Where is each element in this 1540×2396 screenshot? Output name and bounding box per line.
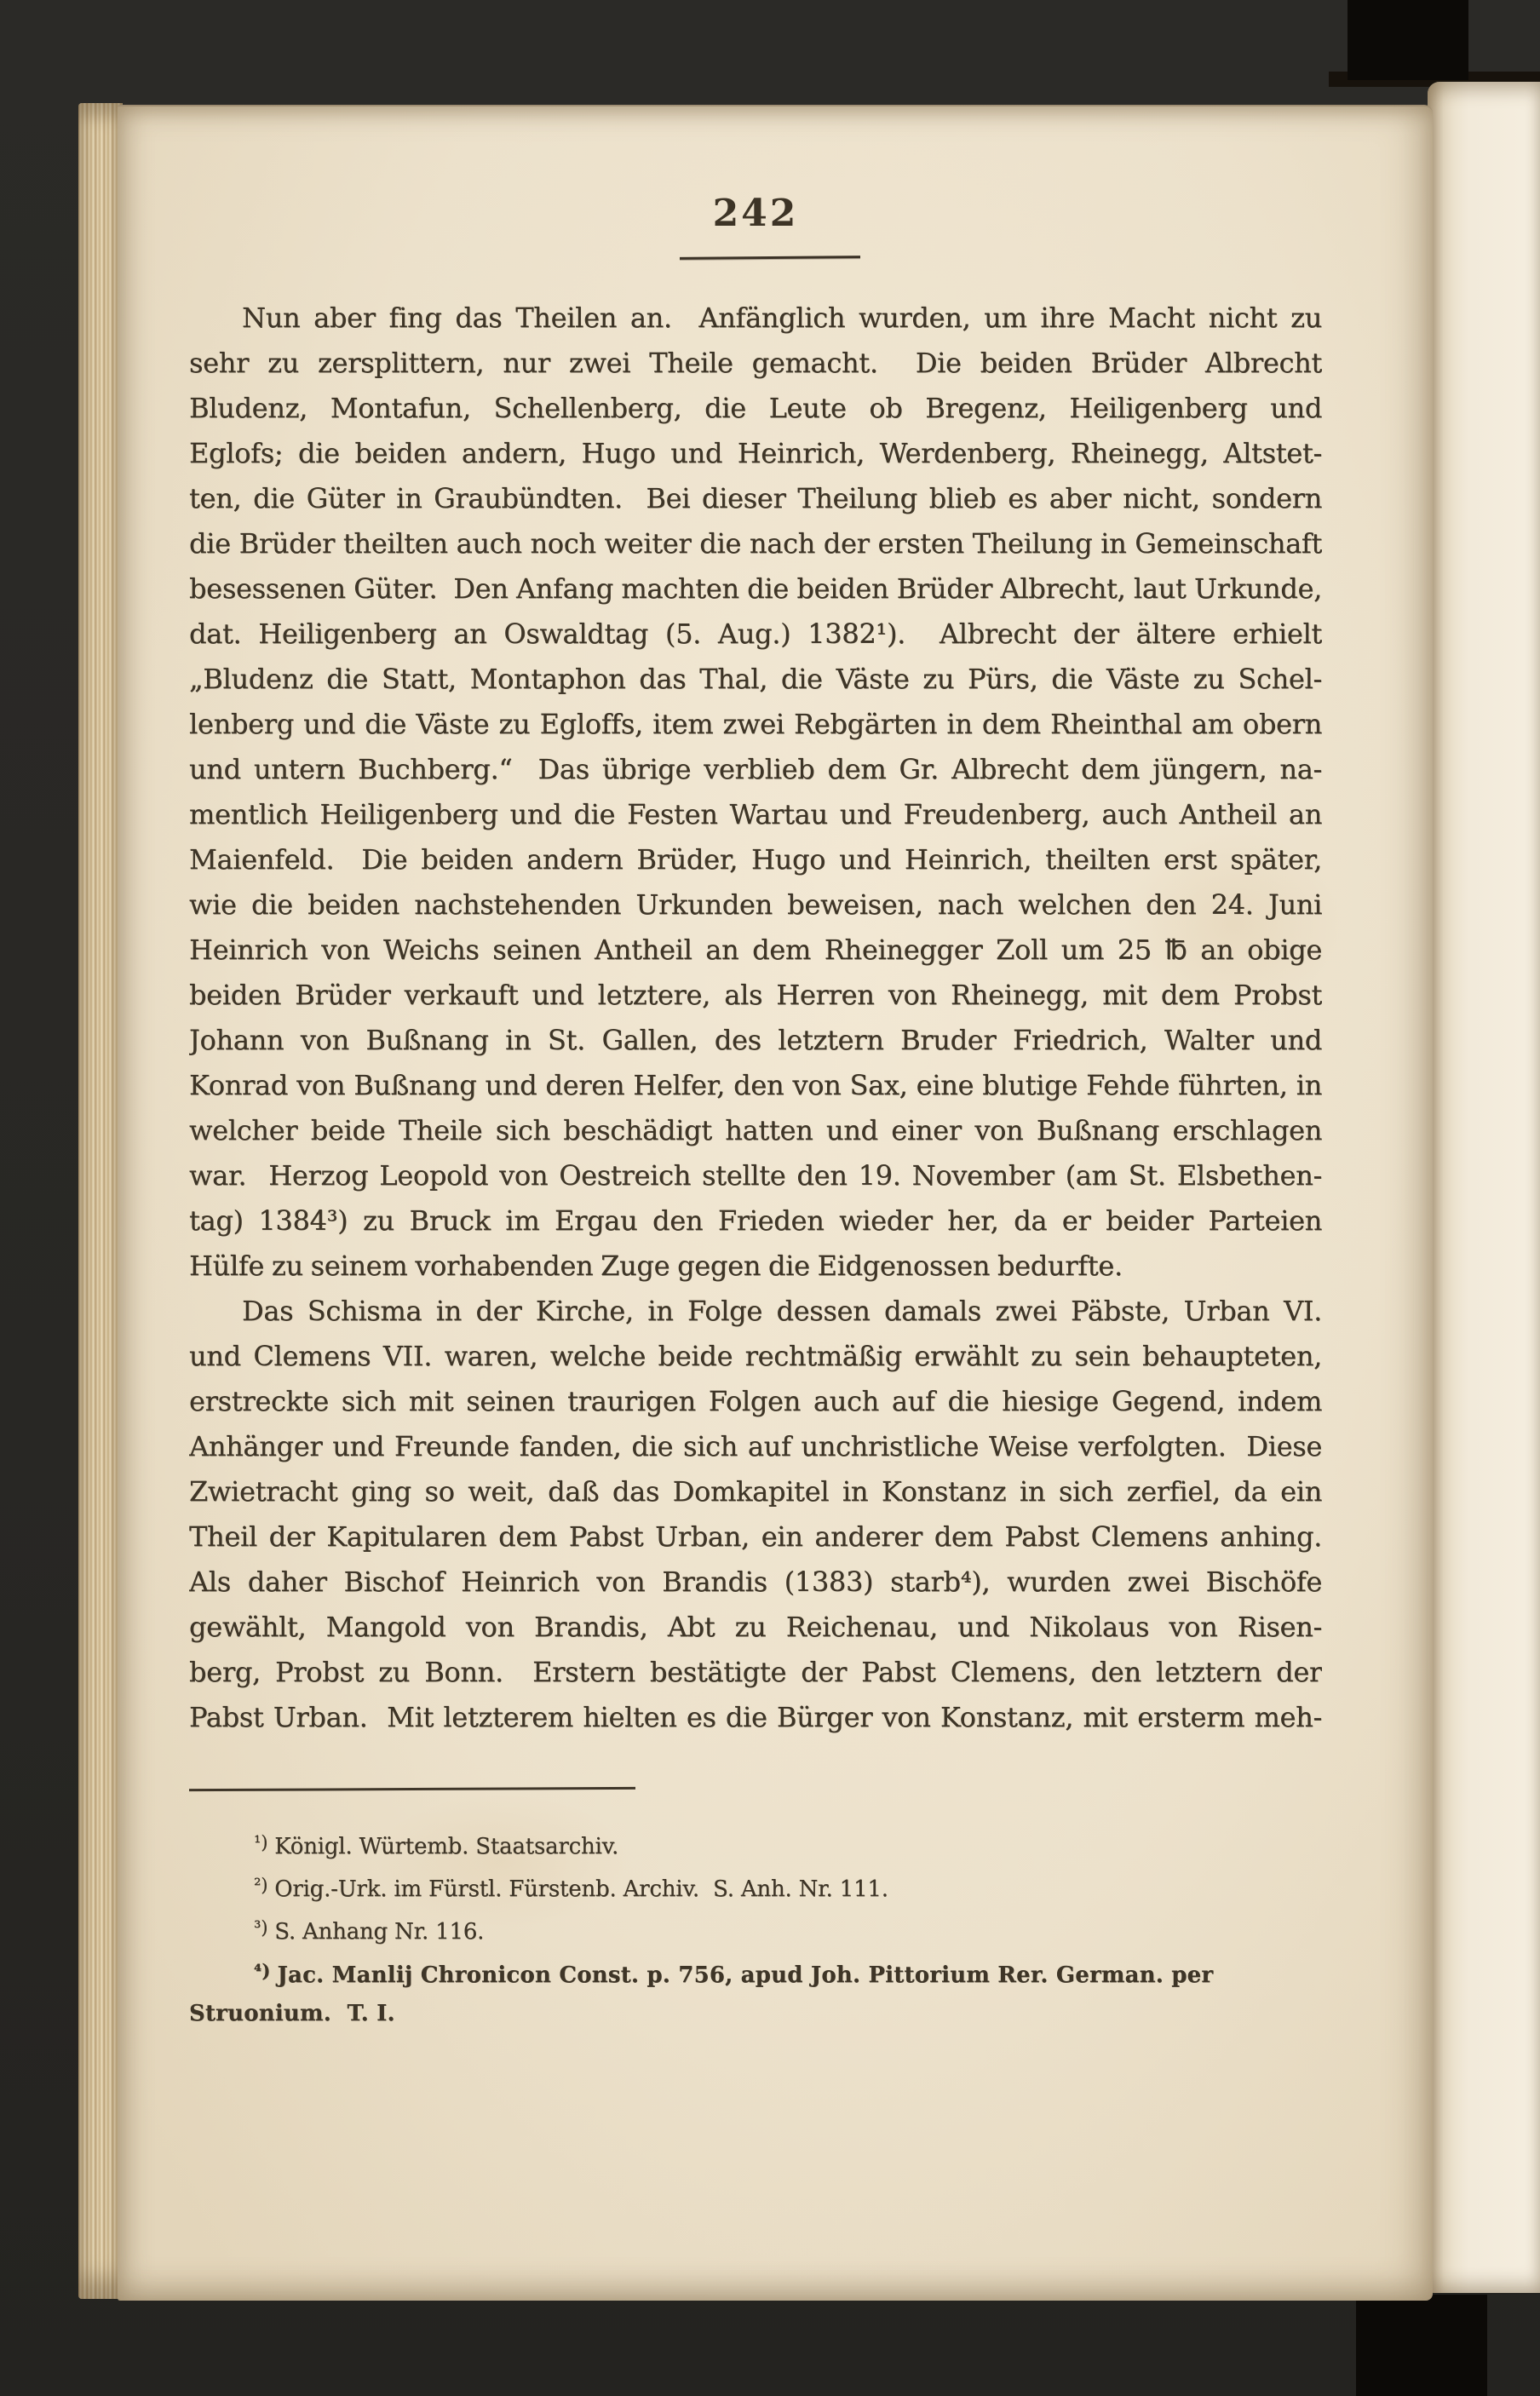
body-text: Nun aber fing das Theilen an. Anfänglich… [189, 296, 1322, 1740]
body-line: Zwietracht ging so weit, daß das Domkapi… [189, 1469, 1322, 1514]
body-line: Johann von Bußnang in St. Gallen, des le… [189, 1018, 1322, 1063]
scanner-strap-bottom [1356, 2295, 1487, 2396]
page-number: 242 [189, 192, 1322, 235]
body-line: Anhänger und Freunde fanden, die sich au… [189, 1424, 1322, 1469]
footnote-2: ²)Orig.-Urk. im Fürstl. Fürstenb. Archiv… [189, 1866, 1354, 1909]
scanner-strap-top [1347, 0, 1468, 80]
body-line: war. Herzog Leopold von Oestreich stellt… [189, 1153, 1322, 1198]
body-line: sehr zu zersplittern, nur zwei Theile ge… [189, 341, 1322, 386]
footnote-4: ⁴)Jac. Manlij Chronicon Const. p. 756, a… [189, 1951, 1354, 1995]
body-line: Heinrich von Weichs seinen Antheil an de… [189, 928, 1322, 973]
body-line: Nun aber fing das Theilen an. Anfänglich… [189, 296, 1322, 341]
footnote-separator [189, 1787, 635, 1791]
body-line: dat. Heiligenberg an Oswaldtag (5. Aug.)… [189, 612, 1322, 657]
body-line: mentlich Heiligenberg und die Festen War… [189, 792, 1322, 837]
footnote-marker: ⁴) [254, 1960, 278, 1981]
scan-background: 242 Nun aber fing das Theilen an. Anfäng… [0, 0, 1540, 2396]
footnote-marker: ³) [254, 1917, 274, 1938]
footnote-3: ³)S. Anhang Nr. 116. [189, 1909, 1354, 1951]
footnote-marker: ¹) [254, 1832, 274, 1853]
body-line: lenberg und die Väste zu Egloffs, item z… [189, 702, 1322, 747]
footnote-text: Orig.-Urk. im Fürstl. Fürstenb. Archiv. … [274, 1876, 888, 1902]
footnote-marker: ²) [254, 1875, 274, 1895]
footnote-4-continuation: Struonium. T. I. [189, 1995, 1354, 2033]
body-line: Theil der Kapitularen dem Pabst Urban, e… [189, 1514, 1322, 1560]
body-line: wie die beiden nachstehenden Urkunden be… [189, 882, 1322, 928]
body-line: erstreckte sich mit seinen traurigen Fol… [189, 1379, 1322, 1424]
body-line: welcher beide Theile sich beschädigt hat… [189, 1108, 1322, 1153]
body-line: besessenen Güter. Den Anfang machten die… [189, 566, 1322, 612]
footnotes: ¹)Königl. Würtemb. Staatsarchiv. ²)Orig.… [189, 1824, 1354, 2033]
body-line-paragraph-end: Hülfe zu seinem vorhabenden Zuge gegen d… [189, 1244, 1322, 1289]
body-line: berg, Probst zu Bonn. Erstern bestätigte… [189, 1650, 1322, 1695]
body-line: Konrad von Bußnang und deren Helfer, den… [189, 1063, 1322, 1108]
body-line: tag) 1384³) zu Bruck im Ergau den Friede… [189, 1198, 1322, 1244]
body-line: und untern Buchberg.“ Das übrige verblie… [189, 747, 1322, 792]
body-line: Eglofs; die beiden andern, Hugo und Hein… [189, 431, 1322, 476]
book-page: 242 Nun aber fing das Theilen an. Anfäng… [78, 99, 1433, 2303]
page-surface: 242 Nun aber fing das Theilen an. Anfäng… [118, 105, 1433, 2301]
body-line: gewählt, Mangold von Brandis, Abt zu Rei… [189, 1605, 1322, 1650]
footnote-text: Königl. Würtemb. Staatsarchiv. [274, 1834, 618, 1859]
body-line-paragraph-start: Das Schisma in der Kirche, in Folge dess… [189, 1289, 1322, 1334]
page-stack-edge [78, 103, 123, 2299]
body-line: Maienfeld. Die beiden andern Brüder, Hug… [189, 837, 1322, 882]
body-line: „Bludenz die Statt, Montaphon das Thal, … [189, 657, 1322, 702]
footnote-text: Jac. Manlij Chronicon Const. p. 756, apu… [278, 1962, 1214, 1988]
body-line: Als daher Bischof Heinrich von Brandis (… [189, 1560, 1322, 1605]
body-line: Bludenz, Montafun, Schellenberg, die Leu… [189, 386, 1322, 431]
page-number-rule [680, 256, 860, 260]
body-line: die Brüder theilten auch noch weiter die… [189, 521, 1322, 566]
footnote-text: S. Anhang Nr. 116. [274, 1919, 484, 1945]
body-line: beiden Brüder verkauft und letztere, als… [189, 973, 1322, 1018]
facing-page-edge [1428, 82, 1540, 2293]
body-line: und Clemens VII. waren, welche beide rec… [189, 1334, 1322, 1379]
footnote-1: ¹)Königl. Würtemb. Staatsarchiv. [189, 1824, 1354, 1866]
body-line: Pabst Urban. Mit letzterem hielten es di… [189, 1695, 1322, 1740]
body-line: ten, die Güter in Graubündten. Bei diese… [189, 476, 1322, 521]
